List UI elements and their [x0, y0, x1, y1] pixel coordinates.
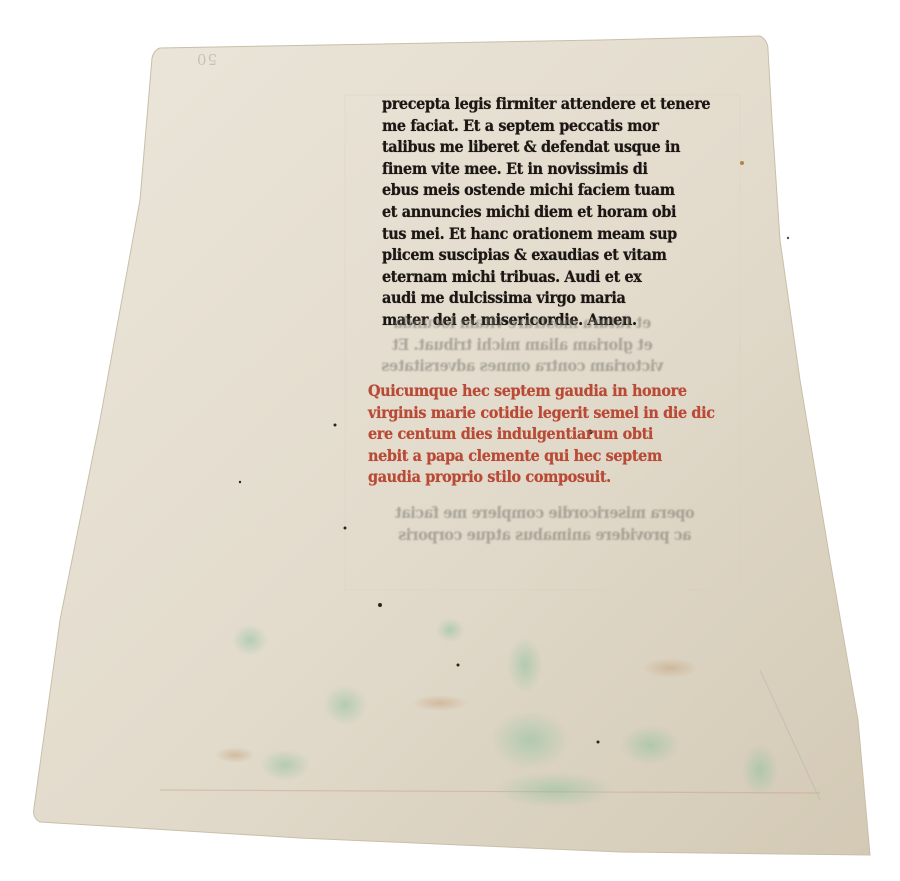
- rubric-line: Quicumque hec septem gaudia in honore: [368, 380, 694, 402]
- show-through-line: victoriam contra omnes adversitates: [362, 355, 683, 377]
- prayer-line: ebus meis ostende michi faciem tuam: [382, 179, 703, 201]
- rubric-line: nebit a papa clemente qui hec septem: [368, 445, 694, 467]
- prayer-text-block: precepta legis firmiter attendere et ten…: [382, 93, 727, 331]
- prayer-line: et annuncies michi diem et horam obi: [382, 201, 703, 223]
- show-through-line: opera misericordie complere me faciat: [368, 502, 721, 524]
- prayer-line: tus mei. Et hanc orationem meam sup: [382, 223, 703, 245]
- show-through-line: ac providere animabus atque corporis: [368, 524, 721, 546]
- show-through-text-upper: et futura mostrare vitam iocunda et glor…: [350, 312, 720, 377]
- folio-number: 50: [196, 50, 217, 68]
- rubric-line: virginis marie cotidie legerit semel in …: [368, 402, 694, 424]
- prayer-line: me faciat. Et a septem peccatis mor: [382, 115, 703, 137]
- rubric-line: ere centum dies indulgentiarum obti: [368, 423, 694, 445]
- show-through-line: et futura mostrare vitam iocunda: [362, 312, 683, 334]
- prayer-line: audi me dulcissima virgo maria: [382, 287, 703, 309]
- rubric-text-block: Quicumque hec septem gaudia in honore vi…: [368, 380, 718, 488]
- prayer-line: talibus me liberet & defendat usque in: [382, 136, 703, 158]
- prayer-line: finem vite mee. Et in novissimis di: [382, 158, 703, 180]
- prayer-line: precepta legis firmiter attendere et ten…: [382, 93, 703, 115]
- show-through-line: et gloriam aliam michi tribuat. Et: [362, 334, 683, 356]
- manuscript-leaf: 50 precepta legis firmiter attendere et …: [0, 0, 900, 881]
- rubric-line: gaudia proprio stilo composuit.: [368, 466, 694, 488]
- prayer-line: eternam michi tribuas. Audi et ex: [382, 266, 703, 288]
- show-through-text-lower: opera misericordie complere me faciat ac…: [355, 502, 735, 545]
- prayer-line: plicem suscipias & exaudias et vitam: [382, 244, 703, 266]
